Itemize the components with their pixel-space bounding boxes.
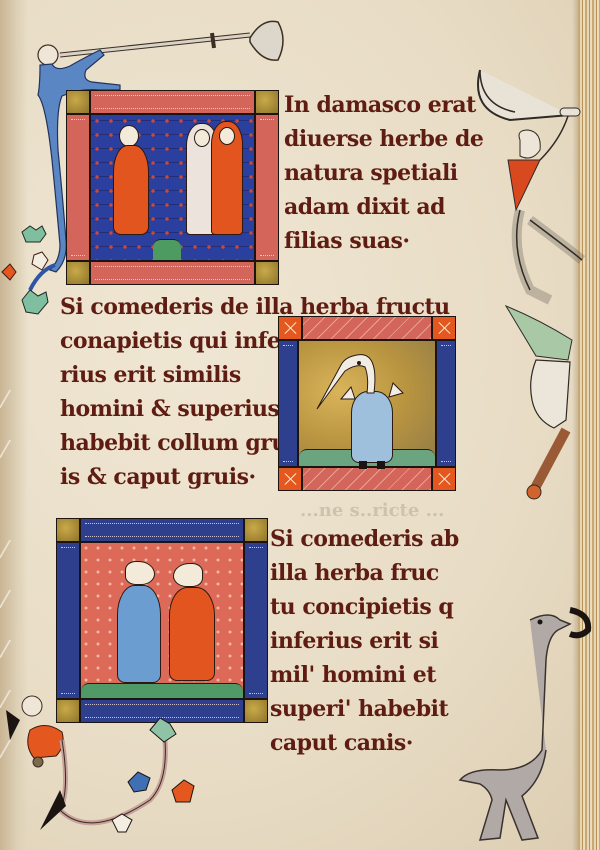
bearded-face-icon <box>500 300 580 500</box>
show-through-text: ...ne s..ricte ... <box>300 500 444 521</box>
frame-corner <box>432 316 456 340</box>
text-line: natura spetiali <box>284 156 483 190</box>
manuscript-page: ...ne s..ricte ... <box>0 0 600 850</box>
frame-corner <box>56 518 80 542</box>
grotesque-bottom-left-icon <box>0 690 240 850</box>
miniature-crane-headed <box>278 316 456 491</box>
frame-corner <box>244 699 268 723</box>
daughter-face <box>194 129 210 147</box>
frame-corner <box>66 261 90 285</box>
frame-corner <box>255 90 279 114</box>
frame-right <box>255 114 279 261</box>
dog-figure-orange-robe <box>169 587 215 681</box>
text-line: filias suas· <box>284 224 483 258</box>
dog-head <box>125 561 155 585</box>
adam-head <box>119 125 139 147</box>
daughter-face <box>219 127 235 145</box>
frame-right <box>436 340 456 467</box>
grass-tuft <box>153 239 181 260</box>
frame-left <box>278 340 298 467</box>
text-line: diuerse herbe de <box>284 122 483 156</box>
frame-corner <box>244 518 268 542</box>
adam-robe <box>113 145 149 235</box>
text-line: illa herba fruc <box>270 556 459 590</box>
miniature-ground <box>80 542 244 699</box>
crane-head-icon <box>299 341 439 471</box>
long-neck-bird-icon <box>430 600 590 850</box>
frame-left <box>66 114 90 261</box>
frame-bottom <box>90 261 255 285</box>
text-line: adam dixit ad <box>284 190 483 224</box>
dog-figure-blue-robe <box>117 585 161 683</box>
frame-left <box>56 542 80 699</box>
frame-corner <box>278 316 302 340</box>
frame-top <box>302 316 432 340</box>
text-line: Si comederis ab <box>270 522 459 556</box>
miniature-ground <box>298 340 436 467</box>
frame-top <box>80 518 244 542</box>
swordsman-icon <box>460 60 590 320</box>
miniature-ground <box>90 114 255 261</box>
frame-top <box>90 90 255 114</box>
frame-right <box>244 542 268 699</box>
frame-corner <box>255 261 279 285</box>
text-block-1: In damasco erat diuerse herbe de natura … <box>284 88 483 258</box>
dog-head <box>173 563 203 587</box>
text-line: In damasco erat <box>284 88 483 122</box>
miniature-adam-daughters <box>66 90 279 285</box>
frame-corner <box>66 90 90 114</box>
